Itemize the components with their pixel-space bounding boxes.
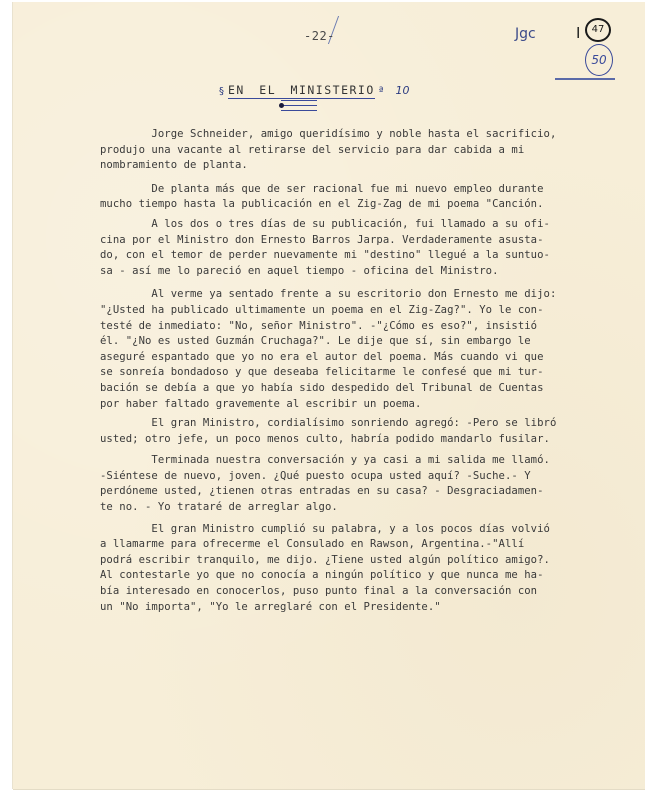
paragraph: Jorge Schneider, amigo queridísimo y nob… [100,127,620,174]
text-line: se sonreía bondadoso y que deseaba felic… [100,365,620,381]
text-line: podrá escribir tranquilo, me dijo. ¿Tien… [100,553,620,569]
text-line: usted; otro jefe, un poco menos culto, h… [100,432,620,448]
page-number: -22- [304,29,335,43]
text-line: -Siéntese de nuevo, joven. ¿Qué puesto o… [100,469,620,485]
text-line: Jorge Schneider, amigo queridísimo y nob… [100,127,620,143]
text-line: sa - así me lo pareció en aquel tiempo -… [100,264,620,280]
circled-folio-number-black: 47 [585,18,611,42]
chapter-title: EN EL MINISTERIO [228,83,375,99]
text-line: El gran Ministro cumplió su palabra, y a… [100,522,620,538]
paragraph: El gran Ministro, cordialísimo sonriendo… [100,416,620,447]
handwritten-roman-numeral: I [576,24,580,42]
paragraph: Al verme ya sentado frente a su escritor… [100,287,620,412]
text-line: aseguré espantado que yo no era el autor… [100,350,620,366]
text-line: A los dos o tres días de su publicación,… [100,217,620,233]
paragraph: Terminada nuestra conversación y ya casi… [100,453,620,515]
text-line: testé de inmediato: "No, señor Ministro"… [100,319,620,335]
text-line: bía interesado en conocerlos, puso punto… [100,584,620,600]
handwritten-initials: Jgc [515,26,536,42]
text-line: El gran Ministro, cordialísimo sonriendo… [100,416,620,432]
text-line: De planta más que de ser racional fue mi… [100,182,620,198]
paragraph: El gran Ministro cumplió su palabra, y a… [100,522,620,616]
document-body: Jorge Schneider, amigo queridísimo y nob… [100,127,620,615]
text-line: perdóneme usted, ¿tienen otras entradas … [100,484,620,500]
title-mark-left: § [219,86,224,97]
circled-folio-number-blue: 50 [585,44,613,76]
text-line: mucho tiempo hasta la publicación en el … [100,197,620,213]
text-line: produjo una vacante al retirarse del ser… [100,143,620,159]
text-line: do, con el temor de perder nuevamente mi… [100,248,620,264]
chapter-title-row: § EN EL MINISTERIO ª 10 [219,83,410,99]
paragraph: A los dos o tres días de su publicación,… [100,217,620,279]
text-line: te no. - Yo trataré de arreglar algo. [100,500,620,516]
handwritten-arrow-mark [555,78,615,80]
text-line: un "No importa", "Yo le arreglaré con el… [100,600,620,616]
text-line: nombramiento de planta. [100,158,620,174]
paragraph: De planta más que de ser racional fue mi… [100,182,620,213]
text-line: Al verme ya sentado frente a su escritor… [100,287,620,303]
title-mark-right: ª [379,86,384,97]
text-line: por haber faltado gravemente al escribir… [100,397,620,413]
text-line: a llamarme para ofrecerme el Consulado e… [100,537,620,553]
text-line: cina por el Ministro don Ernesto Barros … [100,233,620,249]
text-line: bación se debía a que yo había sido desp… [100,381,620,397]
handwritten-chapter-number: 10 [396,84,410,97]
text-line: Al contestarle yo que no conocía a ningú… [100,568,620,584]
title-decorative-underlines [281,100,317,115]
text-line: "¿Usted ha publicado ultimamente un poem… [100,303,620,319]
text-line: Terminada nuestra conversación y ya casi… [100,453,620,469]
text-line: él. "¿No es usted Guzmán Cruchaga?". Le … [100,334,620,350]
